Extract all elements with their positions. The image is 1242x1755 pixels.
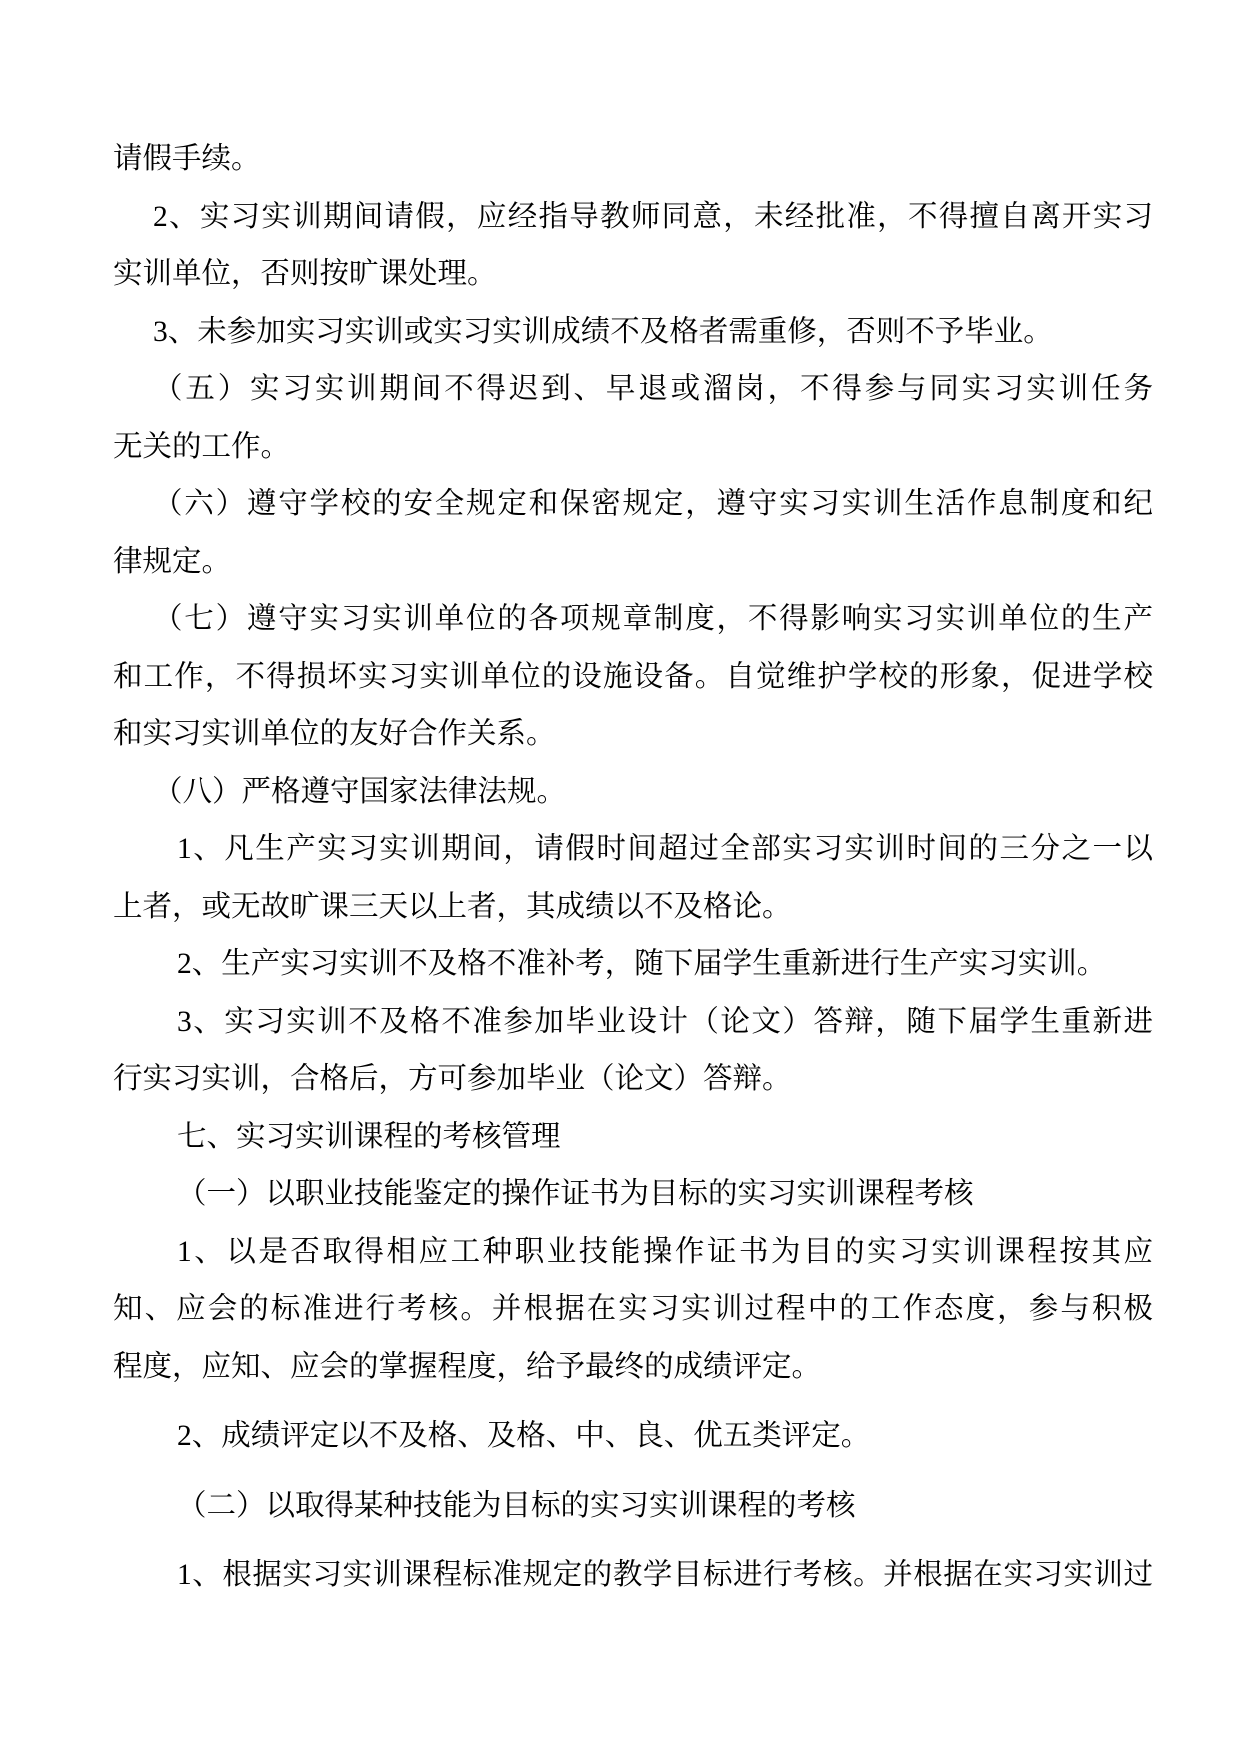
paragraph: 1、根据实习实训课程标准规定的教学目标进行考核。并根据在实习实训过	[113, 1547, 1153, 1605]
document-content: 请假手续。2、实习实训期间请假，应经指导教师同意，未经批准，不得擅自离开实习实训…	[113, 131, 1153, 1605]
text-line: 2、生产实习实训不及格不准补考，随下届学生重新进行生产实习实训。	[113, 936, 1153, 994]
text-line: （二）以取得某种技能为目标的实习实训课程的考核	[113, 1478, 1153, 1536]
paragraph: 七、实习实训课程的考核管理	[113, 1109, 1153, 1167]
paragraph: 请假手续。	[113, 131, 1153, 189]
text-line: （六）遵守学校的安全规定和保密规定，遵守实习实训生活作息制度和纪	[113, 476, 1153, 534]
text-line: 七、实习实训课程的考核管理	[113, 1109, 1153, 1167]
paragraph: （六）遵守学校的安全规定和保密规定，遵守实习实训生活作息制度和纪律规定。	[113, 476, 1153, 591]
text-line: 无关的工作。	[113, 419, 1153, 477]
paragraph: （一）以职业技能鉴定的操作证书为目标的实习实训课程考核	[113, 1166, 1153, 1224]
text-line: 3、实习实训不及格不准参加毕业设计（论文）答辩，随下届学生重新进	[113, 994, 1153, 1052]
text-line: 律规定。	[113, 534, 1153, 592]
text-line: 1、凡生产实习实训期间，请假时间超过全部实习实训时间的三分之一以	[113, 821, 1153, 879]
text-line: （七）遵守实习实训单位的各项规章制度，不得影响实习实训单位的生产	[113, 591, 1153, 649]
text-line: 程度，应知、应会的掌握程度，给予最终的成绩评定。	[113, 1339, 1153, 1397]
text-line: 行实习实训，合格后，方可参加毕业（论文）答辩。	[113, 1051, 1153, 1109]
text-line: 请假手续。	[113, 131, 1153, 189]
paragraph: 1、以是否取得相应工种职业技能操作证书为目的实习实训课程按其应知、应会的标准进行…	[113, 1224, 1153, 1397]
paragraph: 2、实习实训期间请假，应经指导教师同意，未经批准，不得擅自离开实习实训单位，否则…	[113, 189, 1153, 304]
paragraph: 3、未参加实习实训或实习实训成绩不及格者需重修，否则不予毕业。	[113, 304, 1153, 362]
paragraph: 2、生产实习实训不及格不准补考，随下届学生重新进行生产实习实训。	[113, 936, 1153, 994]
text-line: 1、根据实习实训课程标准规定的教学目标进行考核。并根据在实习实训过	[113, 1547, 1153, 1605]
paragraph: （八）严格遵守国家法律法规。	[113, 764, 1153, 822]
paragraph: 2、成绩评定以不及格、及格、中、良、优五类评定。	[113, 1408, 1153, 1466]
paragraph: （五）实习实训期间不得迟到、早退或溜岗，不得参与同实习实训任务无关的工作。	[113, 361, 1153, 476]
text-line: 2、成绩评定以不及格、及格、中、良、优五类评定。	[113, 1408, 1153, 1466]
paragraph: （七）遵守实习实训单位的各项规章制度，不得影响实习实训单位的生产和工作，不得损坏…	[113, 591, 1153, 764]
text-line: （五）实习实训期间不得迟到、早退或溜岗，不得参与同实习实训任务	[113, 361, 1153, 419]
text-line: 1、以是否取得相应工种职业技能操作证书为目的实习实训课程按其应	[113, 1224, 1153, 1282]
text-line: （一）以职业技能鉴定的操作证书为目标的实习实训课程考核	[113, 1166, 1153, 1224]
text-line: 知、应会的标准进行考核。并根据在实习实训过程中的工作态度，参与积极	[113, 1281, 1153, 1339]
text-line: 2、实习实训期间请假，应经指导教师同意，未经批准，不得擅自离开实习	[113, 189, 1153, 247]
document-page: 请假手续。2、实习实训期间请假，应经指导教师同意，未经批准，不得擅自离开实习实训…	[0, 0, 1242, 1755]
paragraph: 3、实习实训不及格不准参加毕业设计（论文）答辩，随下届学生重新进行实习实训，合格…	[113, 994, 1153, 1109]
text-line: 和实习实训单位的友好合作关系。	[113, 706, 1153, 764]
text-line: 3、未参加实习实训或实习实训成绩不及格者需重修，否则不予毕业。	[113, 304, 1153, 362]
paragraph: 1、凡生产实习实训期间，请假时间超过全部实习实训时间的三分之一以上者，或无故旷课…	[113, 821, 1153, 936]
text-line: 上者，或无故旷课三天以上者，其成绩以不及格论。	[113, 879, 1153, 937]
paragraph: （二）以取得某种技能为目标的实习实训课程的考核	[113, 1478, 1153, 1536]
text-line: （八）严格遵守国家法律法规。	[113, 764, 1153, 822]
text-line: 和工作，不得损坏实习实训单位的设施设备。自觉维护学校的形象，促进学校	[113, 649, 1153, 707]
text-line: 实训单位，否则按旷课处理。	[113, 246, 1153, 304]
